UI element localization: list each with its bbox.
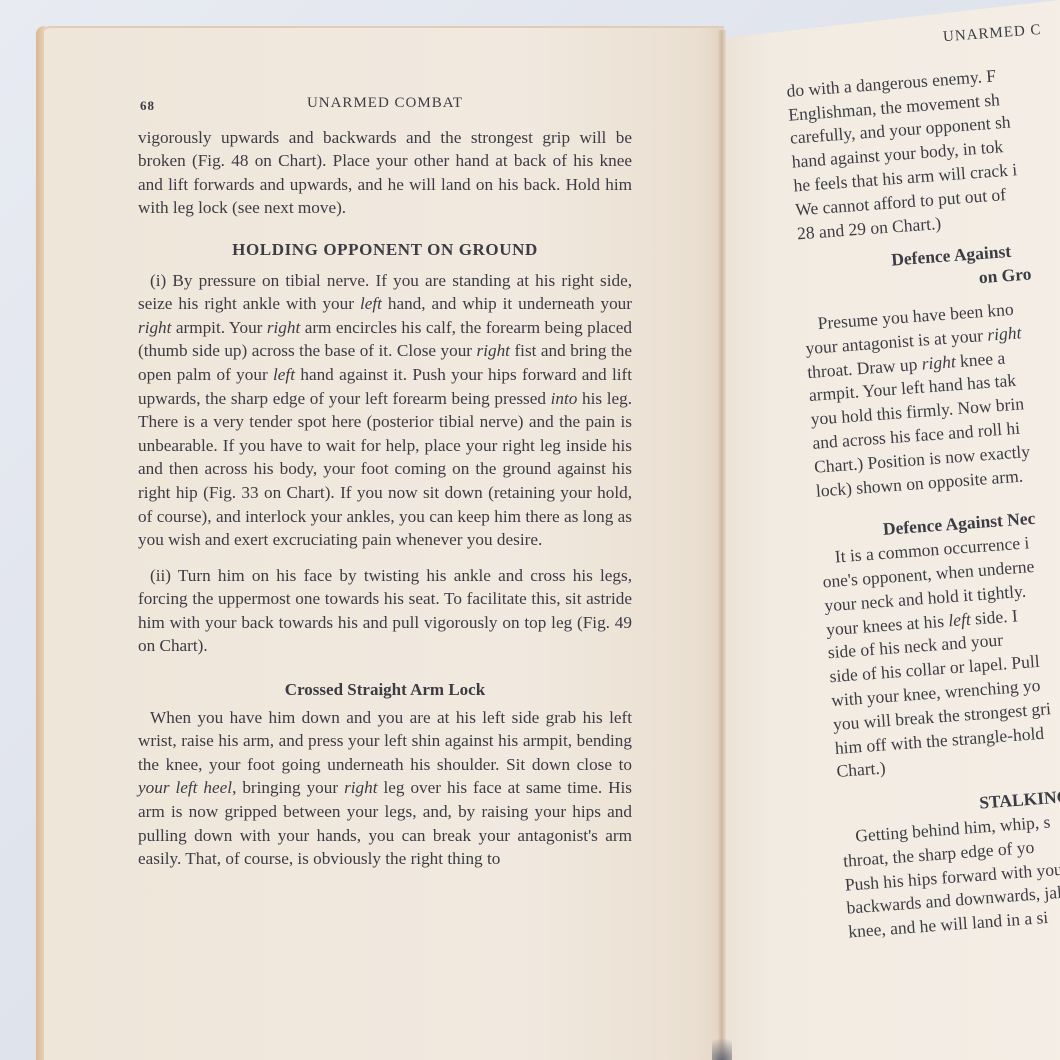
opening-paragraph: vigorously upwards and backwards and the… xyxy=(138,126,632,220)
right-paragraph-presume: Presume you have been knoyour antagonist… xyxy=(803,289,1060,503)
book-gutter xyxy=(718,30,726,1060)
section-heading: HOLDING OPPONENT ON GROUND xyxy=(138,238,632,262)
page-number: 68 xyxy=(140,94,155,118)
paragraph-arm-lock: When you have him down and you are at hi… xyxy=(138,706,632,871)
running-head-title: UNARMED COMBAT xyxy=(307,92,463,116)
right-opening-lines: do with a dangerous enemy. FEnglishman, … xyxy=(786,55,1060,245)
right-running-head: UNARMED C xyxy=(783,14,1060,62)
subheading-arm-lock: Crossed Straight Arm Lock xyxy=(138,678,632,702)
right-paragraph-stalking: Getting behind him, whip, sthroat, the s… xyxy=(841,802,1060,945)
right-paragraph-neck: It is a common occurrence ione's opponen… xyxy=(820,523,1060,784)
paragraph-tibial-nerve: (i) By pressure on tibial nerve. If you … xyxy=(138,269,632,552)
left-page-text: 68 UNARMED COMBAT vigorously upwards and… xyxy=(138,92,632,871)
running-head: 68 UNARMED COMBAT xyxy=(138,92,632,116)
paragraph-turn-him: (ii) Turn him on his face by twisting hi… xyxy=(138,564,632,658)
spine-shadow xyxy=(712,1030,732,1060)
